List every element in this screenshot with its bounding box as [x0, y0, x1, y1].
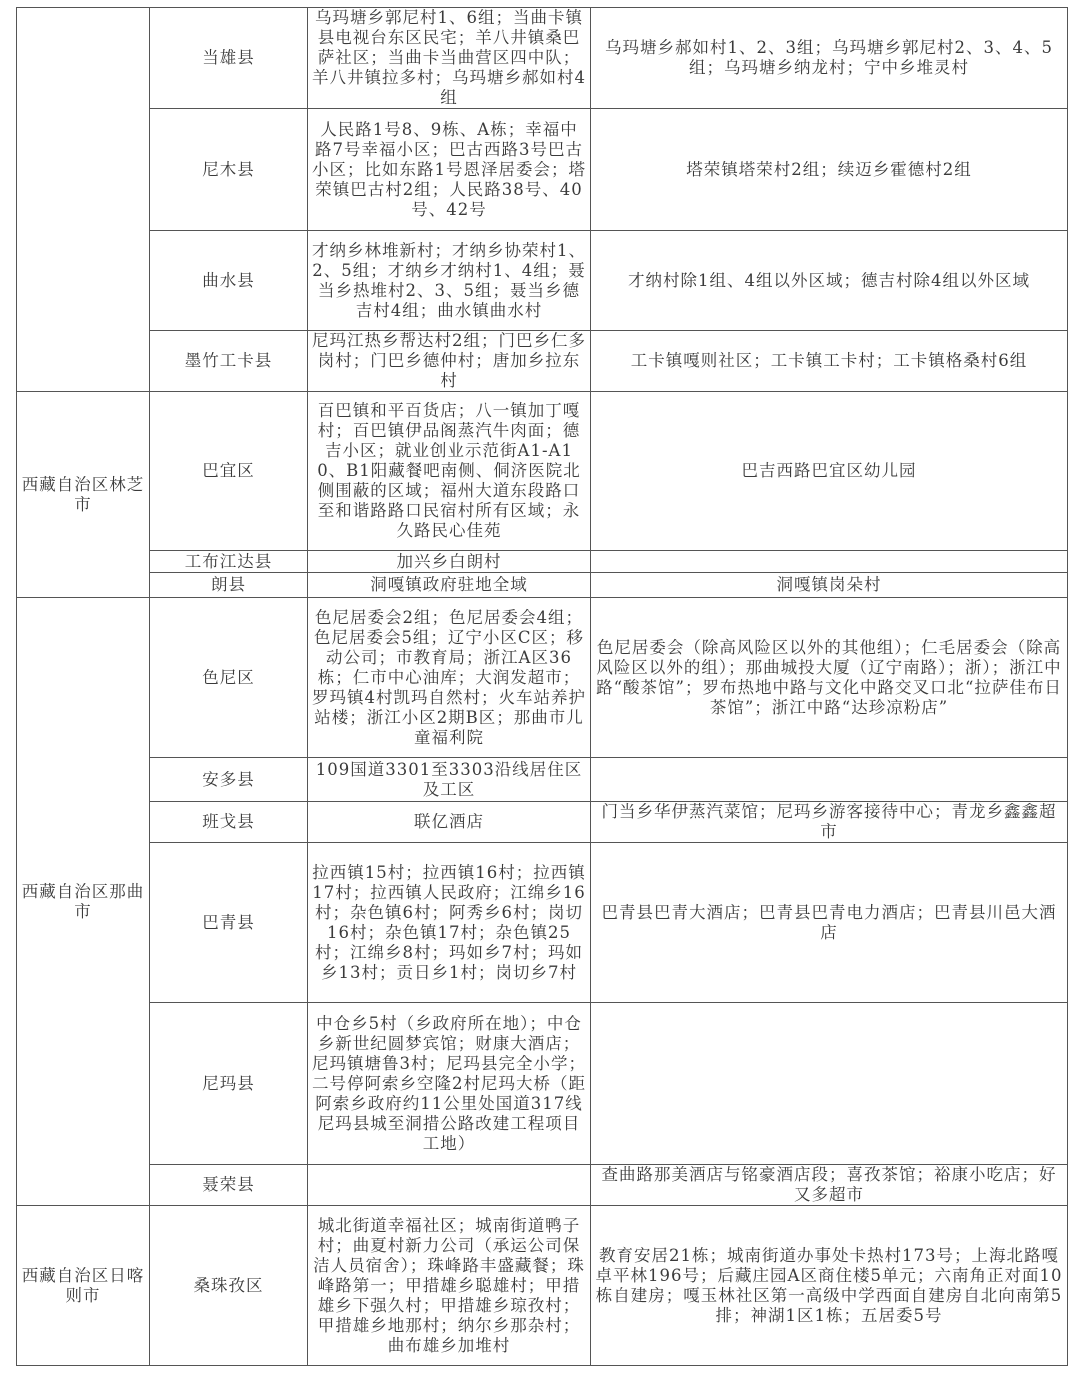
- high-risk-cell: 乌玛塘乡郭尼村1、6组；当曲卡镇县电视台东区民宅；羊八井镇桑巴萨社区；当曲卡当曲…: [308, 8, 591, 109]
- mid-risk-cell: 教育安居21栋；城南街道办事处卡热村173号；上海北路嘎卓平林196号；后藏庄园…: [591, 1206, 1068, 1366]
- county-cell: 曲水县: [150, 231, 308, 331]
- mid-risk-cell: 色尼居委会（除高风险区以外的其他组）；仁毛居委会（除高风险区以外的组）；那曲城投…: [591, 598, 1068, 758]
- high-risk-cell: 109国道3301至3303沿线居住区及工区: [308, 758, 591, 802]
- mid-risk-cell: [591, 1003, 1068, 1165]
- city-cell: 西藏自治区日喀则市: [17, 1206, 150, 1366]
- high-risk-cell: 中仓乡5村（乡政府所在地）；中仓乡新世纪圆梦宾馆；财康大酒店；尼玛镇塘鲁3村；尼…: [308, 1003, 591, 1165]
- county-cell: 聂荣县: [150, 1165, 308, 1206]
- mid-risk-cell: 查曲路那美酒店与铭豪酒店段；喜孜茶馆；裕康小吃店；好又多超市: [591, 1165, 1068, 1206]
- table-row: 西藏自治区日喀则市 桑珠孜区 城北街道幸福社区；城南街道鸭子村；曲夏村新力公司（…: [17, 1206, 1068, 1366]
- high-risk-cell: 拉西镇15村；拉西镇16村；拉西镇17村；拉西镇人民政府；江绵乡16村；杂色镇6…: [308, 843, 591, 1003]
- county-cell: 尼木县: [150, 109, 308, 231]
- mid-risk-cell: 巴青县巴青大酒店；巴青县巴青电力酒店；巴青县川邑大酒店: [591, 843, 1068, 1003]
- high-risk-cell: 百巴镇和平百货店；八一镇加丁嘎村；百巴镇伊品阁蒸汽牛肉面；德吉小区；就业创业示范…: [308, 392, 591, 551]
- table-row: 朗县 洞嘎镇政府驻地全域 洞嘎镇岗朵村: [17, 573, 1068, 598]
- county-cell: 尼玛县: [150, 1003, 308, 1165]
- table-row: 西藏自治区那曲市 色尼区 色尼居委会2组；色尼居委会4组；色尼居委会5组；辽宁小…: [17, 598, 1068, 758]
- city-cell: 西藏自治区林芝市: [17, 392, 150, 598]
- mid-risk-cell: 塔荣镇塔荣村2组；续迈乡霍德村2组: [591, 109, 1068, 231]
- high-risk-cell: 才纳乡林堆新村；才纳乡协荣村1、2、5组；才纳乡才纳村1、4组；聂当乡热堆村2、…: [308, 231, 591, 331]
- risk-area-table: 当雄县 乌玛塘乡郭尼村1、6组；当曲卡镇县电视台东区民宅；羊八井镇桑巴萨社区；当…: [16, 7, 1068, 1366]
- mid-risk-cell: 乌玛塘乡郝如村1、2、3组；乌玛塘乡郭尼村2、3、4、5组；乌玛塘乡纳龙村；宁中…: [591, 8, 1068, 109]
- county-cell: 安多县: [150, 758, 308, 802]
- table-row: 尼玛县 中仓乡5村（乡政府所在地）；中仓乡新世纪圆梦宾馆；财康大酒店；尼玛镇塘鲁…: [17, 1003, 1068, 1165]
- high-risk-cell: 尼玛江热乡帮达村2组；门巴乡仁多岗村；门巴乡德仲村；唐加乡拉东村: [308, 331, 591, 392]
- county-cell: 朗县: [150, 573, 308, 598]
- high-risk-cell: 城北街道幸福社区；城南街道鸭子村；曲夏村新力公司（承运公司保洁人员宿舍）；珠峰路…: [308, 1206, 591, 1366]
- county-cell: 墨竹工卡县: [150, 331, 308, 392]
- mid-risk-cell: 才纳村除1组、4组以外区域；德吉村除4组以外区域: [591, 231, 1068, 331]
- mid-risk-cell: [591, 551, 1068, 573]
- county-cell: 工布江达县: [150, 551, 308, 573]
- table-row: 安多县 109国道3301至3303沿线居住区及工区: [17, 758, 1068, 802]
- table-row: 工布江达县 加兴乡白朗村: [17, 551, 1068, 573]
- mid-risk-cell: 门当乡华伊蒸汽菜馆；尼玛乡游客接待中心；青龙乡鑫鑫超市: [591, 802, 1068, 843]
- high-risk-cell: 人民路1号8、9栋、A栋；幸福中路7号幸福小区；巴古西路3号巴古小区；比如东路1…: [308, 109, 591, 231]
- city-cell: [17, 8, 150, 392]
- county-cell: 巴青县: [150, 843, 308, 1003]
- mid-risk-cell: 洞嘎镇岗朵村: [591, 573, 1068, 598]
- county-cell: 班戈县: [150, 802, 308, 843]
- table-row: 巴青县 拉西镇15村；拉西镇16村；拉西镇17村；拉西镇人民政府；江绵乡16村；…: [17, 843, 1068, 1003]
- high-risk-cell: 洞嘎镇政府驻地全域: [308, 573, 591, 598]
- county-cell: 桑珠孜区: [150, 1206, 308, 1366]
- county-cell: 当雄县: [150, 8, 308, 109]
- high-risk-cell: 联亿酒店: [308, 802, 591, 843]
- county-cell: 巴宜区: [150, 392, 308, 551]
- mid-risk-cell: 巴吉西路巴宜区幼儿园: [591, 392, 1068, 551]
- high-risk-cell: 色尼居委会2组；色尼居委会4组；色尼居委会5组；辽宁小区C区；移动公司；市教育局…: [308, 598, 591, 758]
- mid-risk-cell: 工卡镇嘎则社区；工卡镇工卡村；工卡镇格桑村6组: [591, 331, 1068, 392]
- city-cell: 西藏自治区那曲市: [17, 598, 150, 1206]
- table-row: 墨竹工卡县 尼玛江热乡帮达村2组；门巴乡仁多岗村；门巴乡德仲村；唐加乡拉东村 工…: [17, 331, 1068, 392]
- table-row: 班戈县 联亿酒店 门当乡华伊蒸汽菜馆；尼玛乡游客接待中心；青龙乡鑫鑫超市: [17, 802, 1068, 843]
- table-row: 曲水县 才纳乡林堆新村；才纳乡协荣村1、2、5组；才纳乡才纳村1、4组；聂当乡热…: [17, 231, 1068, 331]
- table-row: 聂荣县 查曲路那美酒店与铭豪酒店段；喜孜茶馆；裕康小吃店；好又多超市: [17, 1165, 1068, 1206]
- table-row: 尼木县 人民路1号8、9栋、A栋；幸福中路7号幸福小区；巴古西路3号巴古小区；比…: [17, 109, 1068, 231]
- high-risk-cell: 加兴乡白朗村: [308, 551, 591, 573]
- county-cell: 色尼区: [150, 598, 308, 758]
- table-row: 西藏自治区林芝市 巴宜区 百巴镇和平百货店；八一镇加丁嘎村；百巴镇伊品阁蒸汽牛肉…: [17, 392, 1068, 551]
- table-row: 当雄县 乌玛塘乡郭尼村1、6组；当曲卡镇县电视台东区民宅；羊八井镇桑巴萨社区；当…: [17, 8, 1068, 109]
- mid-risk-cell: [591, 758, 1068, 802]
- high-risk-cell: [308, 1165, 591, 1206]
